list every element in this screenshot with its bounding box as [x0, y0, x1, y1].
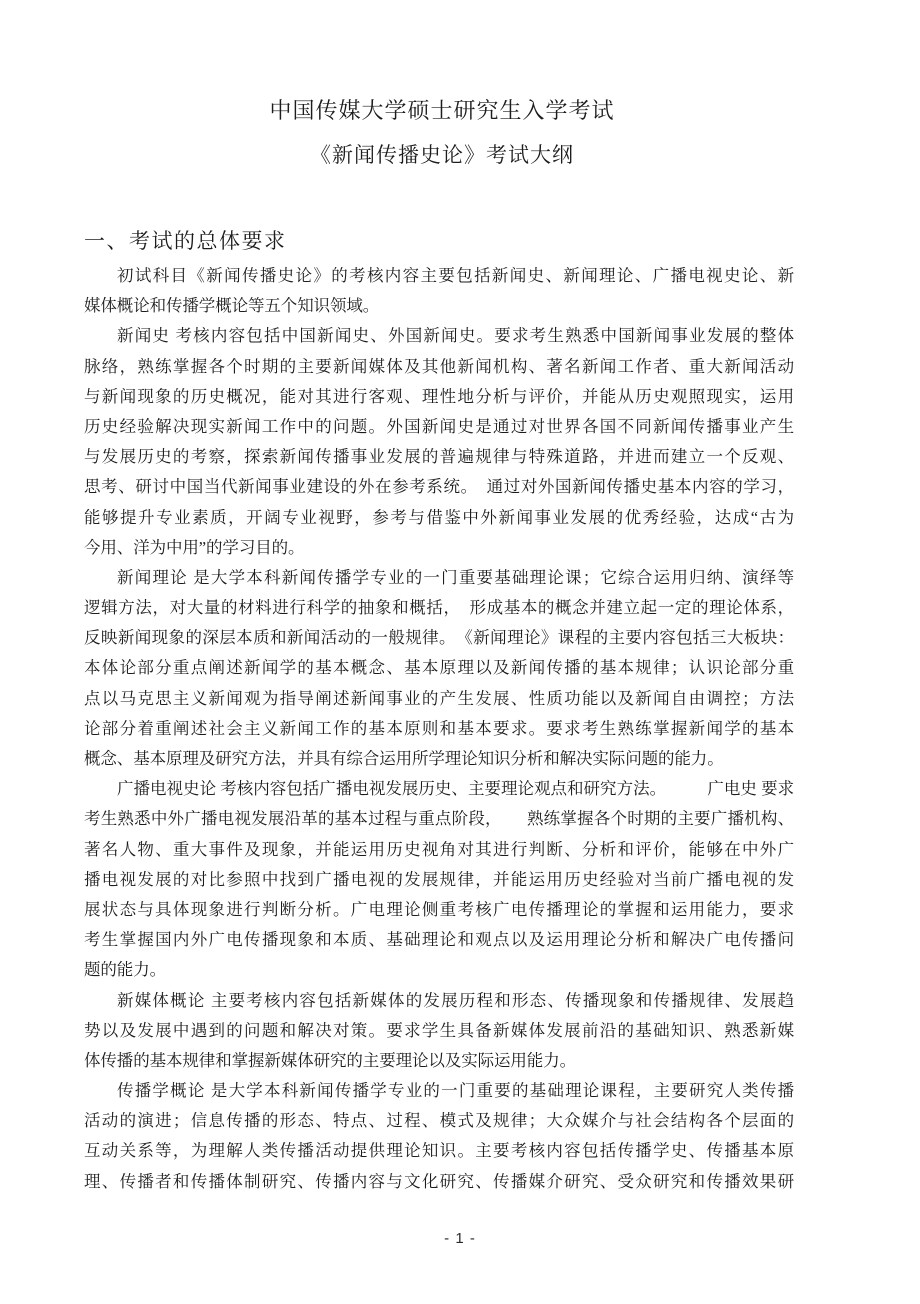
document-line: 考生熟悉中外广播电视发展沿革的基本过程与重点阶段， 熟练掌握各个时期的主要广播机… [84, 804, 794, 834]
document-line: 互动关系等，为理解人类传播活动提供理论知识。主要考核内容包括传播学史、传播基本原 [84, 1136, 794, 1166]
document-line: 与新闻现象的历史概况，能对其进行客观、理性地分析与评价，并能从历史观照现实，运用 [84, 382, 794, 412]
doc-title: 中国传媒大学硕士研究生入学考试 [84, 97, 800, 125]
document-line: 与发展历史的考察，探索新闻传播事业发展的普遍规律与特殊道路，并进而建立一个反观、 [84, 442, 794, 472]
document-line: 能够提升专业素质，开阔专业视野，参考与借鉴中外新闻事业发展的优秀经验，达成“古为 [84, 503, 794, 533]
page-number: - 1 - [0, 1230, 920, 1248]
document-line: 新闻理论 是大学本科新闻传播学专业的一门重要基础理论课；它综合运用归纳、演绎等 [84, 563, 794, 593]
document-line: 展状态与具体现象进行判断分析。广电理论侧重考核广电传播理论的掌握和运用能力，要求 [84, 895, 794, 925]
document-line: 活动的演进；信息传播的形态、特点、过程、模式及规律；大众媒介与社会结构各个层面的 [84, 1106, 794, 1136]
document-line: 概念、基本原理及研究方法，并具有综合运用所学理论知识分析和解决实际问题的能力。 [84, 744, 794, 774]
document-line: 题的能力。 [84, 955, 794, 985]
document-line: 今用、洋为中用”的学习目的。 [84, 533, 794, 563]
document-line: 新媒体概论 主要考核内容包括新媒体的发展历程和形态、传播现象和传播规律、发展趋 [84, 986, 794, 1016]
document-line: 播电视发展的对比参照中找到广播电视的发展规律，并能运用历史经验对当前广播电视的发 [84, 865, 794, 895]
section-heading: 一、考试的总体要求 [84, 228, 800, 254]
document-line: 思考、研讨中国当代新闻事业建设的外在参考系统。 通过对外国新闻传播史基本内容的学… [84, 472, 794, 502]
document-line: 著名人物、重大事件及现象，并能运用历史视角对其进行判断、分析和评价，能够在中外广 [84, 835, 794, 865]
document-line: 本体论部分重点阐述新闻学的基本概念、基本原理以及新闻传播的基本规律；认识论部分重 [84, 653, 794, 683]
document-body: 初试科目《新闻传播史论》的考核内容主要包括新闻史、新闻理论、广播电视史论、新 媒… [84, 261, 794, 1197]
document-line: 理、传播者和传播体制研究、传播内容与文化研究、传播媒介研究、受众研究和传播效果研 [84, 1167, 794, 1197]
document-line: 反映新闻现象的深层本质和新闻活动的一般规律。 《新闻理论》课程的主要内容包括三大… [84, 623, 794, 653]
document-page: 中国传媒大学硕士研究生入学考试 《新闻传播史论》考试大纲 一、考试的总体要求 初… [0, 0, 920, 1304]
document-line: 初试科目《新闻传播史论》的考核内容主要包括新闻史、新闻理论、广播电视史论、新 [84, 261, 794, 291]
document-line: 考生掌握国内外广电传播现象和本质、基础理论和观点以及运用理论分析和解决广电传播问 [84, 925, 794, 955]
document-line: 逻辑方法，对大量的材料进行科学的抽象和概括， 形成基本的概念并建立起一定的理论体… [84, 593, 794, 623]
document-line: 论部分着重阐述社会主义新闻工作的基本原则和基本要求。要求考生熟练掌握新闻学的基本 [84, 714, 794, 744]
document-line: 势以及发展中遇到的问题和解决对策。要求学生具备新媒体发展前沿的基础知识、熟悉新媒 [84, 1016, 794, 1046]
document-line: 点以马克思主义新闻观为指导阐述新闻事业的产生发展、性质功能以及新闻自由调控；方法 [84, 684, 794, 714]
document-line: 脉络，熟练掌握各个时期的主要新闻媒体及其他新闻机构、著名新闻工作者、重大新闻活动 [84, 352, 794, 382]
document-line: 体传播的基本规律和掌握新媒体研究的主要理论以及实际运用能力。 [84, 1046, 794, 1076]
document-line: 历史经验解决现实新闻工作中的问题。外国新闻史是通过对世界各国不同新闻传播事业产生 [84, 412, 794, 442]
doc-subtitle: 《新闻传播史论》考试大纲 [84, 141, 800, 169]
document-line: 新闻史 考核内容包括中国新闻史、外国新闻史。要求考生熟悉中国新闻事业发展的整体 [84, 321, 794, 351]
document-line: 广播电视史论 考核内容包括广播电视发展历史、主要理论观点和研究方法。 广电史 要… [84, 774, 794, 804]
document-line: 传播学概论 是大学本科新闻传播学专业的一门重要的基础理论课程，主要研究人类传播 [84, 1076, 794, 1106]
document-line: 媒体概论和传播学概论等五个知识领域。 [84, 291, 794, 321]
